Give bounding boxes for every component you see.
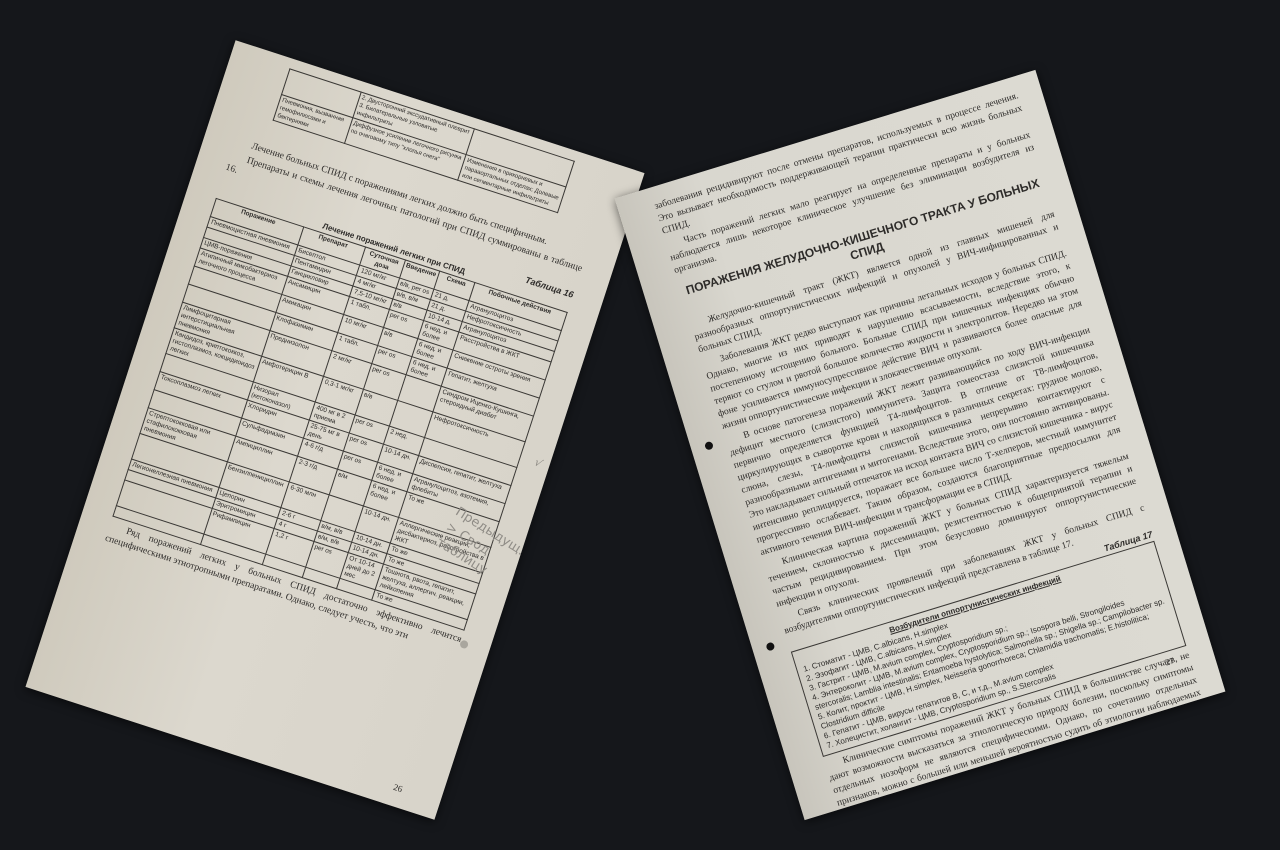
margin-checkmark: √ [530, 454, 545, 473]
page-number: 26 [392, 782, 404, 794]
left-page: 2. Двусторонний экссудативный плеврит 3.… [25, 40, 644, 820]
punch-hole [704, 441, 714, 451]
right-page: заболевания рецидивируют после отмены пр… [615, 70, 1226, 820]
right-body: заболевания рецидивируют после отмены пр… [653, 90, 1211, 820]
punch-hole [459, 639, 469, 649]
left-body: Лечение больных СПИД с поражениями легки… [103, 135, 589, 661]
punch-hole [765, 642, 775, 652]
